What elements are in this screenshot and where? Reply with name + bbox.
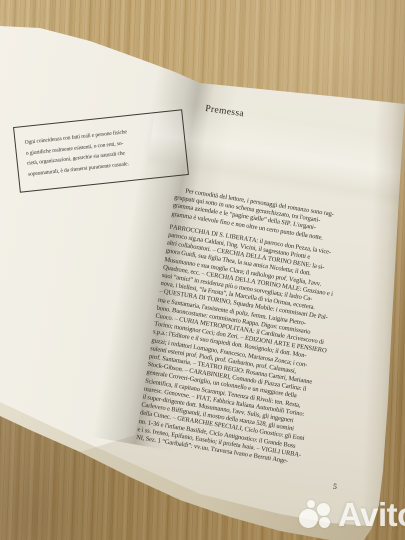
avito-wordmark: Avito [338, 496, 405, 534]
avito-watermark: Avito [296, 494, 405, 536]
page-number: 5 [332, 482, 337, 492]
listing-photo: Ogni coincidenza con fatti reali e perso… [0, 0, 405, 540]
avito-logo-icon [296, 494, 336, 536]
premessa-paragraph-characters: PARROCCHIA DI S. LIBERATA: il parroco do… [135, 223, 385, 476]
page-text-block: Per comodità del lettore, i personaggi d… [135, 186, 391, 476]
